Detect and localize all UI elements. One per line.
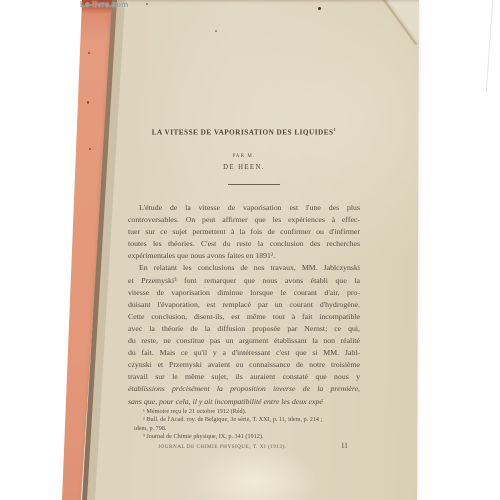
text-line: czynski et Przemyski avaient eu connaiss… (128, 359, 360, 371)
text-line: duisant l'évaporation, est remplacé par … (128, 299, 360, 311)
text-line: avec la théorie de la diffusion proposée… (128, 323, 360, 335)
text-line: En relatant les conclusions de nos trava… (128, 262, 360, 274)
page-number: 11 (341, 442, 348, 450)
footnote-line: idem, p. 798. (134, 425, 362, 433)
text-line: travail sur le même sujet, ils auraient … (128, 371, 360, 383)
title-footnote-ref: 1 (334, 127, 337, 132)
text-line: L'étude de la vitesse de vaporisation es… (128, 202, 360, 214)
journal-footer: JOURNAL DE CHIMIE PHYSIQUE, T. XI (1913)… (158, 444, 287, 450)
article-title-text: LA VITESSE DE VAPORISATION DES LIQUIDES (152, 128, 334, 136)
text-line: et Przemyski³ font remarquer que nous av… (128, 275, 360, 287)
text-line: établissions précisément la proposition … (128, 383, 360, 395)
footnote-line: ¹ Mémoire reçu le 21 octobre 1912 (Réd). (134, 408, 362, 416)
article-title: LA VITESSE DE VAPORISATION DES LIQUIDES1 (114, 127, 374, 136)
text-line: expérimentales que nous avons faites en … (128, 250, 360, 262)
text-line: Cette conclusion, disent-ils, est même t… (128, 311, 360, 323)
article-byline: PAR M. (114, 154, 374, 159)
article-author: DE HEEN. (114, 164, 374, 171)
text-line: tuer sur ce sujet permettent à la fois d… (128, 226, 360, 238)
product-photo: LA VITESSE DE VAPORISATION DES LIQUIDES1… (0, 0, 500, 500)
footnote-line: ² Bull. de l'Acad. roy. de Belgique, 3e … (134, 416, 362, 424)
text-line: du fait. Mais ce qu'il y a d'intéressant… (128, 347, 360, 359)
page-content: LA VITESSE DE VAPORISATION DES LIQUIDES1… (0, 0, 500, 500)
text-line: controversables. On peut affirmer que le… (128, 214, 360, 226)
title-rule (228, 184, 280, 185)
text-line: toutes les théories. C'est du reste la c… (128, 238, 360, 250)
text-line: sans que, pour cela, il y ait incompatib… (128, 396, 360, 408)
watermark: Le-livre.com (80, 0, 128, 9)
text-line: du reste, ne constitue pas un argument é… (128, 335, 360, 347)
footnotes: ¹ Mémoire reçu le 21 octobre 1912 (Réd).… (134, 408, 362, 441)
text-line: vitesse de vaporisation diminue lorsque … (128, 287, 360, 299)
footnote-line: ³ Journal de Chimie physique, IX, p. 341… (134, 433, 362, 441)
article-body: L'étude de la vitesse de vaporisation es… (128, 202, 360, 408)
